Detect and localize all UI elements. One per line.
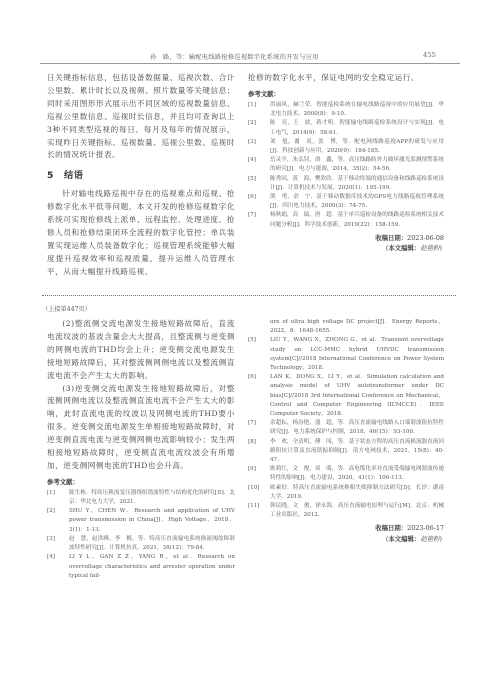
reference-text: 李 欢，全清明，傅 闯，等．基于状态方程的高压直流换流器直流回路阻抗计算及直流谐… — [270, 439, 444, 463]
reference-item: [2]SHU Y，CHEN W．Research and application… — [47, 507, 235, 535]
reference-index: [10] — [248, 484, 259, 493]
reference-item: [7]杨秋娟，高 瑞，唐 超．基于单兵巡检设备的线路巡检系统相关技术问题分析[J… — [248, 211, 444, 229]
reference-index: [2] — [47, 507, 55, 516]
reference-index: [6] — [248, 373, 256, 382]
reference-index: [4] — [47, 553, 55, 562]
reference-text: ure of ultra high voltage DC project[J]．… — [270, 319, 444, 334]
reference-index: [2] — [248, 119, 256, 128]
reference-item: [6]LAN K，DONG X，LI Y，et al．Simulation ca… — [248, 373, 444, 419]
reference-text: 刘 旭，谢 夷，张 博，等．配电网线路巡视APP的研发与应用[J]．科技创新与应… — [270, 139, 444, 154]
reference-item: [10]欧素好．特高压直流输电系统换相失败抑制方法研究[D]．长沙：湖南大学，2… — [248, 484, 444, 502]
reference-item: [1]陈生栋．特高压换流变压器绕组谐波特性与结构优化的研究[D]．北京：华北电力… — [47, 489, 235, 507]
editor-line: (本文编辑：赵艳粉) — [248, 243, 442, 254]
reference-index: [6] — [248, 193, 256, 202]
reference-item: [4]LI Y L，GAN Z Z，YANG R，et al．Research … — [47, 553, 235, 581]
body-paragraph: (3)逆变侧交流电源发生接地短路故障后，对整流侧网侧电流以及整流侧直流电流不会产… — [47, 383, 235, 473]
reference-item-continued: ure of ultra high voltage DC project[J]．… — [248, 318, 444, 336]
reference-text: LAN K，DONG X，LI Y，et al．Simulation calcu… — [270, 374, 444, 417]
reference-list: ure of ultra high voltage DC project[J]．… — [248, 318, 444, 520]
section-title: 结语 — [64, 170, 83, 181]
reference-index: [7] — [248, 419, 256, 428]
references-title: 参考文献： — [248, 89, 444, 98]
reference-text: 陈秀因，黄 海，樊欣欣．基于移动终端的通信设备和线路巡检系统设计[J]．计算机技… — [270, 176, 444, 191]
running-header: 孙 路，等：输配电线路抢修巡视数字化系统的开发与应用 455 — [40, 51, 460, 64]
reference-index: [3] — [47, 535, 55, 544]
bottom-left-column: (2)整流侧交流电源发生接地短路故障后，直流电流纹波的基波含量会大大提高，且整流… — [47, 318, 235, 581]
reference-item: [2]陈 亮，王 波，蒋才明．智能输电线路巡检系统设计与实现[J]．电工电气，2… — [248, 119, 444, 137]
reference-index: [11] — [248, 502, 259, 511]
reference-index: [5] — [248, 175, 256, 184]
reference-item: [5]陈秀因，黄 海，樊欣欣．基于移动终端的通信设备和线路巡检系统设计[J]．计… — [248, 175, 444, 193]
reference-text: SHU Y，CHEN W．Research and application of… — [69, 508, 235, 532]
reference-index: [4] — [248, 156, 256, 165]
reference-index: [9] — [248, 465, 256, 474]
reference-index: [7] — [248, 211, 256, 220]
reference-item: [5]LIU Y，WANG X，ZHONG G，et al．Transient … — [248, 336, 444, 373]
reference-text: LIU Y，WANG X，ZHONG G，et al．Transient ove… — [270, 337, 444, 371]
reference-text: 岳灵平，朱弘钊，俞 鑫，等．高压线路防外力破坏激光监测预警系统的研究[J]．电力… — [270, 157, 444, 172]
top-left-column: 日关键指标信息，包括设备数据量、巡视次数、合计公里数、累计时长以及视频、照片数量… — [47, 72, 235, 279]
reference-item: [4]岳灵平，朱弘钊，俞 鑫，等．高压线路防外力破坏激光监测预警系统的研究[J]… — [248, 156, 444, 174]
reference-text: 赵 慧，赵洪峰，李 梅，等．特高压直流输电系统换流阀故障谐波特性研究[J]．计算… — [69, 536, 235, 551]
reference-item: [3]赵 慧，赵洪峰，李 梅，等．特高压直流输电系统换流阀故障谐波特性研究[J]… — [47, 535, 235, 553]
reference-list: [1]洪丽风，赫兰荣．智能巡检系统在输电线路巡视中的应用展望[J]．华北电力技术… — [248, 101, 444, 230]
reference-text: LI Y L，GAN Z Z，YANG R，et al．Research on … — [69, 554, 235, 578]
received-label: 收稿日期： — [375, 234, 407, 242]
received-date: 2023-06-17 — [407, 524, 444, 532]
received-label: 收稿日期： — [375, 524, 407, 532]
section-number: 5 — [47, 170, 54, 181]
bottom-right-column: ure of ultra high voltage DC project[J]．… — [248, 318, 444, 544]
reference-text: 余超耘，杨汾艳，盛 超，等．高压直流输电线路入口端谐波阻抗特性研究[J]．电力系… — [270, 420, 444, 435]
received-date-line: 收稿日期：2023-06-08 — [248, 233, 444, 244]
section-heading: 5结语 — [47, 170, 235, 183]
reference-text: 陈生栋．特高压换流变压器绕组谐波特性与结构优化的研究[D]．北京：华北电力大学，… — [69, 490, 235, 505]
editor-name: 赵艳粉 — [420, 535, 439, 543]
continued-from-note: （上接第447页） — [42, 304, 91, 313]
reference-text: 欧素好．特高压直流输电系统换相失败抑制方法研究[D]．长沙：湖南大学，2019. — [270, 485, 444, 500]
reference-list: [1]陈生栋．特高压换流变压器绕组谐波特性与结构优化的研究[D]．北京：华北电力… — [47, 489, 235, 581]
reference-text: 杨秋娟，高 瑞，唐 超．基于单兵巡检设备的线路巡检系统相关技术问题分析[J]．科… — [270, 212, 444, 227]
reference-item: [8]李 欢，全清明，傅 闯，等．基于状态方程的高压直流换流器直流回路阻抗计算及… — [248, 438, 444, 466]
reference-item: [6]熊 勇，余 宁．基于移动数据库技术的GPS电力线路巡视管理系统[J]．四川… — [248, 193, 444, 211]
reference-item: [11]韩民晓，文 俊，徐永海．高压直流输电原理与运行[M]．北京：机械工业出版… — [248, 502, 444, 520]
body-paragraph: 抢修的数字化水平，保证电网的安全稳定运行。 — [248, 72, 444, 85]
running-title: 孙 路，等：输配电线路抢修巡视数字化系统的开发与应用 — [150, 52, 319, 61]
reference-item: [3]刘 旭，谢 夷，张 博，等．配电网线路巡视APP的研发与应用[J]．科技创… — [248, 138, 444, 156]
editor-label: 本文编辑： — [388, 244, 420, 252]
editor-label: 本文编辑： — [388, 535, 420, 543]
article-divider — [42, 295, 456, 296]
reference-index: [5] — [248, 336, 256, 345]
body-paragraph: (2)整流侧交流电源发生接地短路故障后，直流电流纹波的基波含量会大大提高，且整流… — [47, 318, 235, 383]
editor-name: 赵艳粉 — [420, 244, 439, 252]
body-paragraph: 针对输电线路巡视中存在的巡视难点和巡视、抢修数字化水平低等问题，本文开发的抢修巡… — [47, 188, 235, 278]
references-title: 参考文献： — [47, 477, 235, 486]
reference-text: 熊 勇，余 宁．基于移动数据库技术的GPS电力线路巡视管理系统[J]．四川电力技… — [270, 194, 444, 209]
reference-item: [7]余超耘，杨汾艳，盛 超，等．高压直流输电线路入口端谐波阻抗特性研究[J]．… — [248, 419, 444, 437]
reference-item: [1]洪丽风，赫兰荣．智能巡检系统在输电线路巡视中的应用展望[J]．华北电力技术… — [248, 101, 444, 119]
reference-index: [8] — [248, 438, 256, 447]
reference-index: [3] — [248, 138, 256, 147]
reference-text: 耿莉红，文 俊，谈 萌，等．高电缆化率对直流受端输电网谐波传递特性的影响[J]．… — [270, 466, 444, 481]
editor-line: (本文编辑：赵艳粉) — [248, 534, 442, 545]
page-number: 455 — [423, 51, 436, 59]
top-right-column: 抢修的数字化水平，保证电网的安全稳定运行。 参考文献： [1]洪丽风，赫兰荣．智… — [248, 72, 444, 254]
reference-text: 陈 亮，王 波，蒋才明．智能输电线路巡检系统设计与实现[J]．电工电气，2014… — [270, 120, 444, 135]
received-date-line: 收稿日期：2023-06-17 — [248, 523, 444, 534]
reference-index: [1] — [248, 101, 256, 110]
reference-item: [9]耿莉红，文 俊，谈 萌，等．高电缆化率对直流受端输电网谐波传递特性的影响[… — [248, 465, 444, 483]
body-paragraph: 日关键指标信息，包括设备数据量、巡视次数、合计公里数、累计时长以及视频、照片数量… — [47, 72, 235, 162]
received-date: 2023-06-08 — [407, 234, 444, 242]
reference-text: 韩民晓，文 俊，徐永海．高压直流输电原理与运行[M]．北京：机械工业出版社，20… — [270, 503, 444, 518]
reference-text: 洪丽风，赫兰荣．智能巡检系统在输电线路巡视中的应用展望[J]．华北电力技术，20… — [270, 102, 444, 117]
reference-index: [1] — [47, 489, 55, 498]
